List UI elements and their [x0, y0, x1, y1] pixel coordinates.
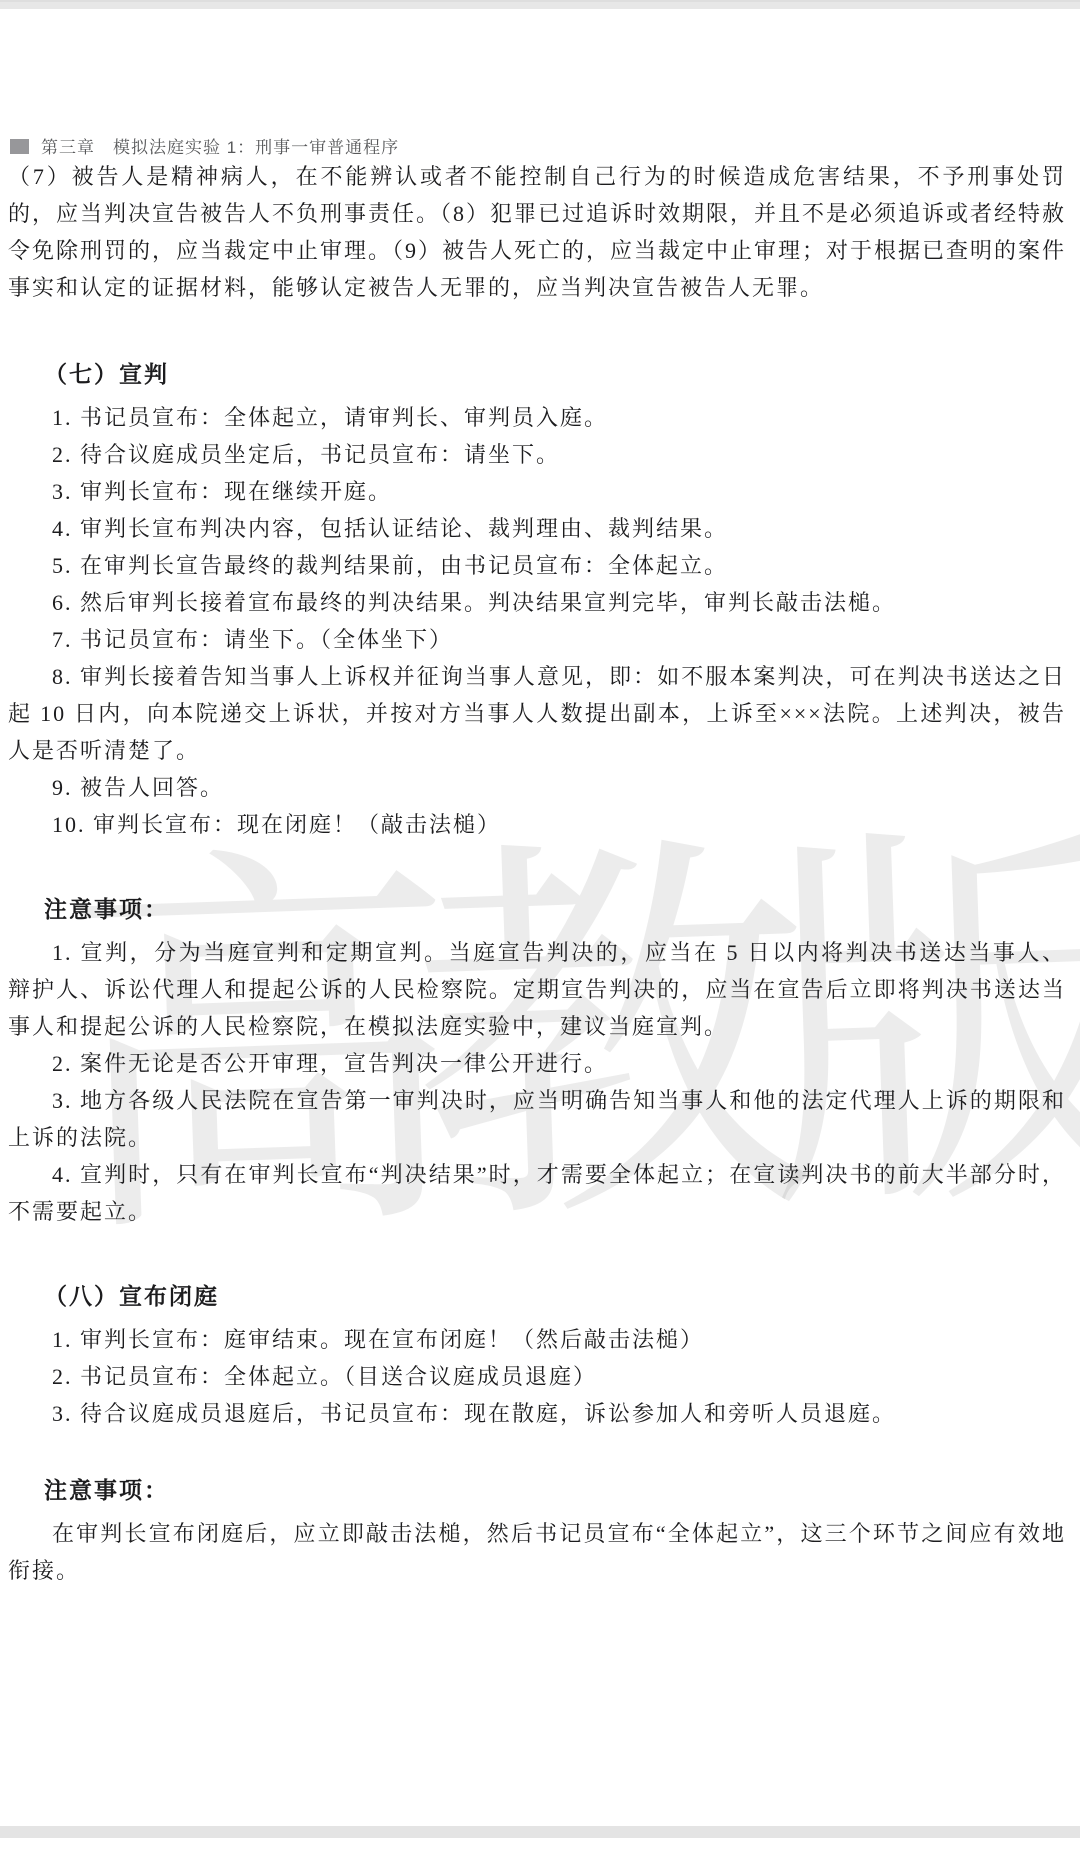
intro-paragraph: （7）被告人是精神病人，在不能辨认或者不能控制自己行为的时候造成危害结果，不予刑…	[8, 158, 1066, 306]
step-item: 7. 书记员宣布：请坐下。（全体坐下）	[8, 621, 1066, 658]
top-edge-bar	[0, 0, 1080, 9]
section-seven-title: （七）宣判	[8, 356, 1066, 393]
step-item: 2. 书记员宣布：全体起立。（目送合议庭成员退庭）	[8, 1358, 1066, 1395]
step-item: 1. 书记员宣布：全体起立，请审判长、审判员入庭。	[8, 399, 1066, 436]
running-header-text: 第三章 模拟法庭实验 1：刑事一审普通程序	[41, 138, 399, 157]
step-item: 5. 在审判长宣告最终的裁判结果前，由书记员宣布：全体起立。	[8, 547, 1066, 584]
step-item: 8. 审判长接着告知当事人上诉权并征询当事人意见，即：如不服本案判决，可在判决书…	[8, 658, 1066, 769]
note-body: 在审判长宣布闭庭后，应立即敲击法槌，然后书记员宣布“全体起立”，这三个环节之间应…	[8, 1515, 1066, 1589]
step-item: 6. 然后审判长接着宣布最终的判决结果。判决结果宣判完毕，审判长敲击法槌。	[8, 584, 1066, 621]
chapter-marker-icon	[10, 139, 29, 154]
step-item: 4. 审判长宣布判决内容，包括认证结论、裁判理由、裁判结果。	[8, 510, 1066, 547]
note-item: 3. 地方各级人民法院在宣告第一审判决时，应当明确告知当事人和他的法定代理人上诉…	[8, 1082, 1066, 1156]
note-item: 1. 宣判，分为当庭宣判和定期宣判。当庭宣告判决的，应当在 5 日以内将判决书送…	[8, 934, 1066, 1045]
page-content: 第三章 模拟法庭实验 1：刑事一审普通程序 （7）被告人是精神病人，在不能辨认或…	[0, 0, 1080, 1850]
notes-one-title: 注意事项：	[8, 891, 1066, 928]
section-eight-steps: 1. 审判长宣布：庭审结束。现在宣布闭庭！（然后敲击法槌） 2. 书记员宣布：全…	[8, 1321, 1066, 1432]
step-item: 1. 审判长宣布：庭审结束。现在宣布闭庭！（然后敲击法槌）	[8, 1321, 1066, 1358]
running-header: 第三章 模拟法庭实验 1：刑事一审普通程序	[8, 138, 1066, 158]
step-item: 9. 被告人回答。	[8, 769, 1066, 806]
notes-two-title: 注意事项：	[8, 1472, 1066, 1509]
ebook-page: 高教版 第三章 模拟法庭实验 1：刑事一审普通程序 （7）被告人是精神病人，在不…	[0, 0, 1080, 1850]
section-eight-title: （八）宣布闭庭	[8, 1278, 1066, 1315]
note-item: 2. 案件无论是否公开审理，宣告判决一律公开进行。	[8, 1045, 1066, 1082]
step-item: 2. 待合议庭成员坐定后，书记员宣布：请坐下。	[8, 436, 1066, 473]
notes-one-items: 1. 宣判，分为当庭宣判和定期宣判。当庭宣告判决的，应当在 5 日以内将判决书送…	[8, 934, 1066, 1230]
step-item: 3. 待合议庭成员退庭后，书记员宣布：现在散庭，诉讼参加人和旁听人员退庭。	[8, 1395, 1066, 1432]
note-item: 4. 宣判时，只有在审判长宣布“判决结果”时，才需要全体起立；在宣读判决书的前大…	[8, 1156, 1066, 1230]
section-seven-steps: 1. 书记员宣布：全体起立，请审判长、审判员入庭。 2. 待合议庭成员坐定后，书…	[8, 399, 1066, 843]
bottom-edge-bar	[0, 1826, 1080, 1838]
notes-two-body-wrap: 在审判长宣布闭庭后，应立即敲击法槌，然后书记员宣布“全体起立”，这三个环节之间应…	[8, 1515, 1066, 1589]
step-item: 3. 审判长宣布：现在继续开庭。	[8, 473, 1066, 510]
step-item: 10. 审判长宣布：现在闭庭！（敲击法槌）	[8, 806, 1066, 843]
